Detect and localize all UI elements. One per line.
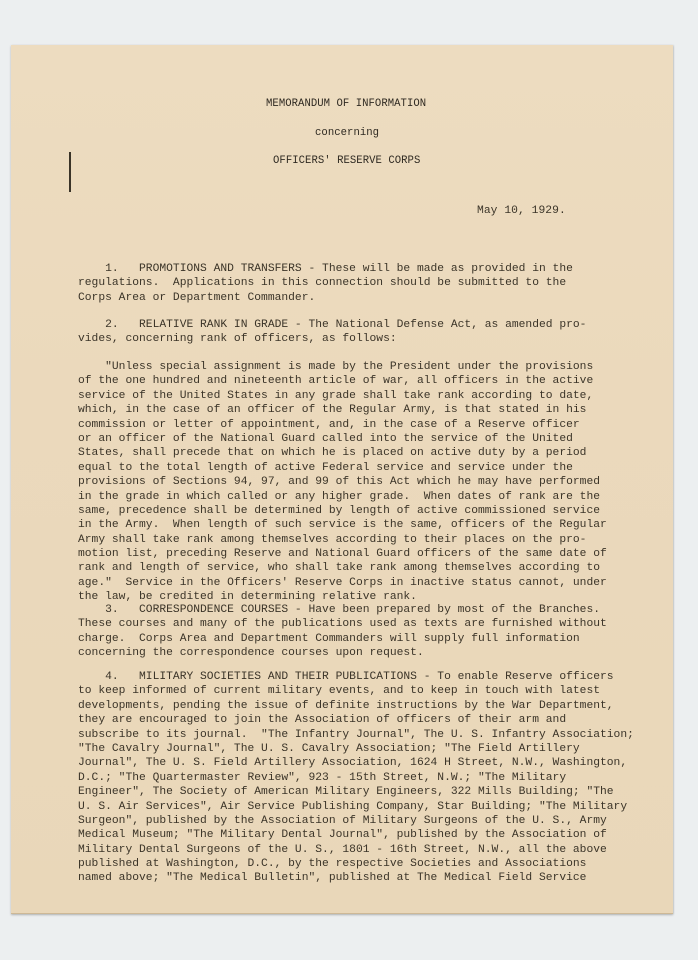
margin-pen-mark — [69, 152, 71, 192]
text-line: published at Washington, D.C., by the re… — [78, 857, 638, 871]
text-line: in the grade in which called or any high… — [78, 490, 638, 504]
document-subtitle: concerning — [315, 127, 379, 141]
text-line: motion list, preceding Reserve and Natio… — [78, 547, 638, 561]
document-subject: OFFICERS' RESERVE CORPS — [273, 155, 420, 169]
text-line: 2. RELATIVE RANK IN GRADE - The National… — [78, 318, 638, 332]
text-line: they are encouraged to join the Associat… — [78, 713, 638, 727]
text-line: These courses and many of the publicatio… — [78, 617, 638, 631]
text-line: to keep informed of current military eve… — [78, 684, 638, 698]
text-line: in the Army. When length of such service… — [78, 518, 638, 532]
text-line: charge. Corps Area and Department Comman… — [78, 632, 638, 646]
text-line: Military Dental Surgeons of the U. S., 1… — [78, 843, 638, 857]
text-line: or an officer of the National Guard call… — [78, 432, 638, 446]
document-date: May 10, 1929. — [477, 205, 566, 219]
text-line: developments, pending the issue of defin… — [78, 699, 638, 713]
text-line: Army shall take rank among themselves ac… — [78, 533, 638, 547]
text-line: regulations. Applications in this connec… — [78, 276, 638, 290]
text-line: Corps Area or Department Commander. — [78, 291, 638, 305]
text-line: of the one hundred and nineteenth articl… — [78, 374, 638, 388]
text-line: vides, concerning rank of officers, as f… — [78, 332, 638, 346]
text-line: Engineer", The Society of American Milit… — [78, 785, 638, 799]
text-line: States, shall precede that on which he i… — [78, 446, 638, 460]
text-line: subscribe to its journal. "The Infantry … — [78, 728, 638, 742]
text-line: "Unless special assignment is made by th… — [78, 360, 638, 374]
text-line: Journal", The U. S. Field Artillery Asso… — [78, 756, 638, 770]
text-line: concerning the correspondence courses up… — [78, 646, 638, 660]
text-line: named above; "The Medical Bulletin", pub… — [78, 871, 638, 885]
text-line: service of the United States in any grad… — [78, 389, 638, 403]
text-line: 1. PROMOTIONS AND TRANSFERS - These will… — [78, 262, 638, 276]
paragraph-military-societies: 4. MILITARY SOCIETIES AND THEIR PUBLICAT… — [78, 670, 638, 886]
text-line: commission or letter of appointment, and… — [78, 418, 638, 432]
text-line: equal to the total length of active Fede… — [78, 461, 638, 475]
text-line: 3. CORRESPONDENCE COURSES - Have been pr… — [78, 603, 638, 617]
text-line: age." Service in the Officers' Reserve C… — [78, 576, 638, 590]
paragraph-promotions: 1. PROMOTIONS AND TRANSFERS - These will… — [78, 262, 638, 305]
text-line: same, precedence shall be determined by … — [78, 504, 638, 518]
text-line: D.C.; "The Quartermaster Review", 923 - … — [78, 771, 638, 785]
text-line: U. S. Air Services", Air Service Publish… — [78, 800, 638, 814]
document-title: MEMORANDUM OF INFORMATION — [266, 98, 426, 112]
text-line: Medical Museum; "The Military Dental Jou… — [78, 828, 638, 842]
paragraph-quotation: "Unless special assignment is made by th… — [78, 360, 638, 605]
text-line: rank and length of service, who shall ta… — [78, 561, 638, 575]
text-line: "The Cavalry Journal", The U. S. Cavalry… — [78, 742, 638, 756]
text-line: 4. MILITARY SOCIETIES AND THEIR PUBLICAT… — [78, 670, 638, 684]
paragraph-relative-rank: 2. RELATIVE RANK IN GRADE - The National… — [78, 318, 638, 347]
text-line: provisions of Sections 94, 97, and 99 of… — [78, 475, 638, 489]
text-line: Surgeon", published by the Association o… — [78, 814, 638, 828]
paragraph-correspondence-courses: 3. CORRESPONDENCE COURSES - Have been pr… — [78, 603, 638, 661]
text-line: which, in the case of an officer of the … — [78, 403, 638, 417]
